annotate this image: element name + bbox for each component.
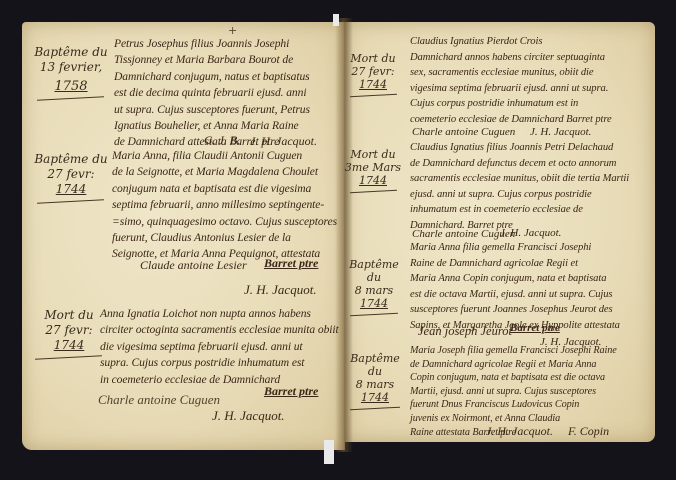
entry-text: Claudius Ignatius Pierdot Crois Damnicha… <box>410 34 612 127</box>
entry-margin-note: Mort du 27 fevr: 1744 <box>343 52 403 96</box>
text-line: Copin conjugum, nata et baptisata est di… <box>410 371 617 385</box>
text-line: est die decima quinta februarii ejusd. a… <box>114 85 310 101</box>
entry-year: 1758 <box>28 79 114 94</box>
text-line: susceptores fuerunt Joannes Josephus Jeu… <box>410 302 620 318</box>
entry-margin-note: Baptême du 8 mars 1744 <box>343 352 407 409</box>
signature: Jean joseph Jeurot <box>418 324 512 339</box>
entry-type: Baptême du <box>28 45 114 60</box>
page-tab-top <box>333 14 339 26</box>
entry-margin-note: Mort du 3me Mars 1744 <box>343 148 403 192</box>
signature: Barret ptre <box>264 384 318 399</box>
signature: Barret ptre <box>264 256 318 271</box>
entry-date: 27 fevr: <box>28 167 114 182</box>
page-tab-bottom <box>324 440 334 464</box>
text-line: fuerunt Dnus Franciscus Ludovicus Copin <box>410 398 617 412</box>
entry-date: 3me Mars <box>343 161 403 174</box>
text-line: Martii, ejusd. anni ut supra. Cujus susc… <box>410 385 617 399</box>
entry-year: 1744 <box>343 174 403 187</box>
entry-date: 13 fevrier, <box>28 60 114 75</box>
signature: J. H. Jacquot. <box>486 424 553 439</box>
text-line: Damnichard conjugum, natus et baptisatus <box>114 69 310 85</box>
text-line: die vigesima septima februarii ejusd. an… <box>100 339 339 355</box>
signature: J. H. Jacquot. <box>500 227 561 239</box>
entry-year: 1744 <box>343 297 405 310</box>
signature: Charle antoine Cuguen <box>412 126 515 138</box>
signature: J. H. Jacquot. <box>244 282 317 298</box>
text-line: sex, sacramentis ecclesiae munitus, obii… <box>410 65 612 81</box>
signature: J. H. Jacquot. <box>212 408 285 424</box>
text-line: inhumatum est in coemeterio ecclesiae de <box>410 202 629 218</box>
text-line: ut supra. Cujus susceptores fuerunt, Pet… <box>114 102 310 118</box>
entry-text: Claudius Ignatius filius Joannis Petri D… <box>410 140 629 233</box>
text-line: circiter octoginta sacramentis ecclesiae… <box>100 322 339 338</box>
entry-type: Mort du <box>343 52 403 65</box>
text-line: fuerunt, Claudius Antonius Lesier de la <box>112 230 337 246</box>
text-line: supra. Cujus corpus postridie inhumatum … <box>100 355 339 371</box>
entry-type: Baptême du <box>28 152 114 167</box>
entry-text: Maria Anna filia gemella Francisci Josep… <box>410 240 620 333</box>
signature: F. Copin <box>568 424 609 439</box>
text-line: Maria Anna Copin conjugum, nata et bapti… <box>410 271 620 287</box>
text-line: Anna Ignatia Loichot non nupta annos hab… <box>100 306 339 322</box>
text-line: Raine de Damnichard agricolae Regii et <box>410 256 620 272</box>
text-line: Maria Anna filia gemella Francisci Josep… <box>410 240 620 256</box>
entry-margin-note: Baptême du 27 fevr: 1744 <box>28 152 114 202</box>
text-line: Petrus Josephus filius Joannis Josephi <box>114 36 310 52</box>
text-line: Claudius Ignatius filius Joannis Petri D… <box>410 140 629 156</box>
text-line: de la Seignotte, et Maria Magdalena Chou… <box>112 164 337 180</box>
entry-date: 8 mars <box>343 284 405 297</box>
signature: G. J. B. <box>204 133 240 148</box>
entry-year: 1744 <box>343 391 407 404</box>
text-line: de Damnichard defunctus decem et octo an… <box>410 156 629 172</box>
text-line: =simo, quinquagesimo octavo. Cujus susce… <box>112 214 337 230</box>
entry-type: Baptême du <box>343 258 405 284</box>
text-line: est die octava Martii, ejusd. anni ut su… <box>410 287 620 303</box>
entry-text: Anna Ignatia Loichot non nupta annos hab… <box>100 306 339 388</box>
text-line: Damnichard annos habens circiter septuag… <box>410 50 612 66</box>
entry-date: 8 mars <box>343 378 407 391</box>
text-line: de Damnichard agricolae Regii et Maria A… <box>410 358 617 372</box>
text-line: septima februarii, anno millesimo septin… <box>112 197 337 213</box>
entry-margin-note: Baptême du 8 mars 1744 <box>343 258 405 315</box>
text-line: ejusd. anni ut supra. Cujus corpus postr… <box>410 187 629 203</box>
text-line: sacramentis ecclesiae munitus, obiit die… <box>410 171 629 187</box>
entry-date: 27 fevr: <box>343 65 403 78</box>
text-line: Cujus corpus postridie inhumatum est in <box>410 96 612 112</box>
text-line: Maria Anna, filia Claudii Antonii Cuguen <box>112 148 337 164</box>
text-line: coemeterio ecclesiae de Damnichard Barre… <box>410 112 612 128</box>
entry-margin-note: Baptême du 13 fevrier, 1758 <box>28 45 114 99</box>
entry-year: 1744 <box>28 182 114 197</box>
text-line: Claudius Ignatius Pierdot Crois <box>410 34 612 50</box>
signature: Barret ptre <box>510 322 560 334</box>
entry-text: Maria Anna, filia Claudii Antonii Cuguen… <box>112 148 337 263</box>
signature: Claude antoine Lesier <box>140 258 247 273</box>
text-line: Maria Joseph filia gemella Francisci Jos… <box>410 344 617 358</box>
signature: J. H. Jacquot. <box>250 134 317 149</box>
entry-year: 1744 <box>343 78 403 91</box>
text-line: conjugum nata et baptisata est die viges… <box>112 181 337 197</box>
text-line: Tissjonney et Maria Barbara Bourot de <box>114 52 310 68</box>
text-line: Ignatius Bouhelier, et Anna Maria Raine <box>114 118 310 134</box>
signature: J. H. Jacquot. <box>530 126 591 138</box>
entry-type: Mort du <box>343 148 403 161</box>
text-line: vigesima septima februarii ejusd. anni u… <box>410 81 612 97</box>
signature: Charle antoine Cuguen <box>98 392 220 408</box>
entry-type: Baptême du <box>343 352 407 378</box>
